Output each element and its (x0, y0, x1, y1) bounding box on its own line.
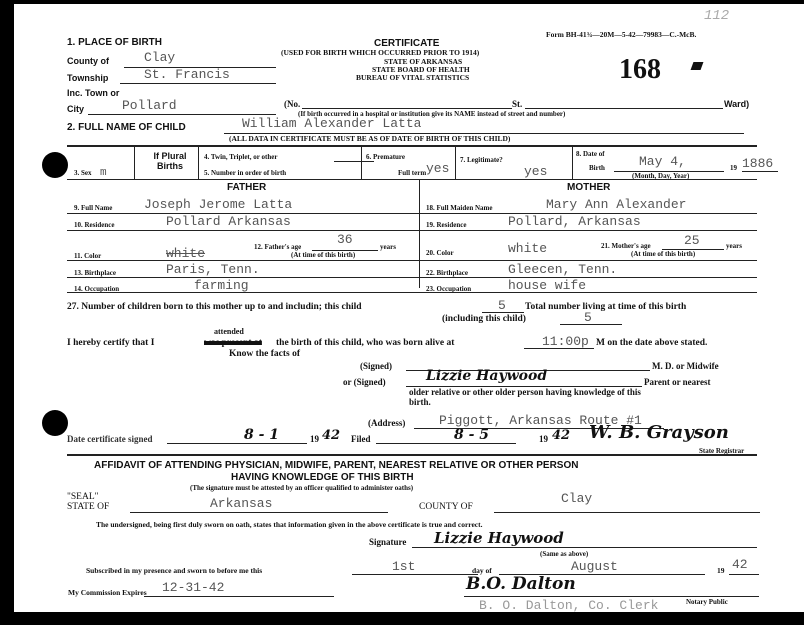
punch-hole-icon (42, 410, 68, 436)
informant-signature: Lizzie Haywood (426, 368, 547, 384)
mother-residence-label: 19. Residence (426, 221, 466, 229)
certify-text-end: M on the date above stated. (596, 338, 707, 348)
notary-typed-name: B. O. Dalton, Co. Clerk (479, 598, 658, 612)
plural-births-label: If Plural Births (142, 151, 198, 171)
mother-occupation-value: house wife (508, 278, 586, 293)
children-count-value: 5 (498, 298, 506, 313)
filed-label: Filed (351, 434, 371, 444)
sworn-month-value: August (571, 559, 618, 574)
street-number-label: (No. (284, 99, 300, 109)
birth-label: Birth (589, 164, 605, 172)
mother-age-label: 21. Mother's age (601, 242, 651, 250)
md-midwife-label: M. D. or Midwife (652, 361, 719, 371)
date-signed-value: 8 - 1 (244, 427, 279, 443)
father-residence-label: 10. Residence (74, 221, 114, 229)
same-as-above-note: (Same as above) (540, 550, 588, 558)
father-name-value: Joseph Jerome Latta (144, 197, 292, 212)
mother-years-label: years (726, 242, 742, 250)
signed-year-prefix: 19 (310, 434, 319, 444)
affidavit-county-value: Clay (561, 491, 592, 506)
seal-label: "SEAL" (67, 492, 99, 502)
notary-signature: B.O. Dalton (466, 574, 576, 594)
children-count-label: 27. Number of children born to this moth… (67, 302, 362, 312)
address-label: (Address) (368, 418, 405, 428)
birth-year-value: 1886 (742, 156, 773, 171)
legitimate-value: yes (524, 164, 547, 179)
city-value: Pollard (122, 98, 177, 113)
or-signed-label: or (Signed) (343, 377, 386, 387)
commission-label: My Commission Expires (68, 588, 147, 597)
subscribed-label: Subscribed in my presence and sworn to b… (86, 566, 262, 575)
affidavit-signature: Lizzie Haywood (434, 529, 564, 547)
mother-name-label: 18. Full Maiden Name (426, 204, 493, 212)
father-occupation-value: farming (194, 278, 249, 293)
father-color-label: 11. Color (74, 252, 101, 260)
sworn-day-value: 1st (392, 559, 415, 574)
mother-age-value: 25 (684, 233, 700, 248)
total-living-label: Total number living at time of this birt… (525, 302, 686, 312)
father-age-value: 36 (337, 232, 353, 247)
ward-label: Ward) (724, 99, 749, 109)
filed-year-prefix: 19 (539, 434, 548, 444)
affidavit-state-value: Arkansas (210, 496, 272, 511)
affidavit-signature-label: Signature (369, 537, 406, 547)
county-value: Clay (144, 50, 175, 65)
know-facts-label: Know the facts of (229, 349, 300, 359)
county-label: County of (67, 56, 109, 66)
filed-year-value: 42 (552, 428, 570, 443)
stamp-mark-icon (691, 62, 704, 70)
struck-text: was present at (204, 338, 262, 348)
date-signed-label: Date certificate signed (67, 434, 152, 444)
father-residence-value: Pollard Arkansas (166, 214, 291, 229)
full-term-label: Full term (398, 169, 426, 177)
sworn-statement: The undersigned, being first duly sworn … (96, 520, 483, 529)
certificate-number: 168 (619, 54, 661, 86)
child-name-label: 2. FULL NAME OF CHILD (67, 122, 186, 133)
mother-heading: MOTHER (567, 182, 610, 193)
place-of-birth-heading: 1. PLACE OF BIRTH (67, 37, 162, 48)
notary-public-label: Notary Public (686, 598, 728, 606)
sworn-year-prefix: 19 (717, 566, 725, 575)
bureau-name: BUREAU OF VITAL STATISTICS (356, 73, 469, 82)
living-count-value: 5 (584, 310, 592, 325)
sex-label: 3. Sex (74, 169, 92, 177)
father-age-label: 12. Father's age (254, 243, 301, 251)
mother-birthplace-value: Gleecen, Tenn. (508, 262, 617, 277)
certify-text-start: I hereby certify that I (67, 338, 154, 348)
date-filed-value: 8 - 5 (454, 427, 489, 443)
premature-label: 6. Premature (366, 153, 405, 161)
signed-label: (Signed) (360, 361, 392, 371)
certificate-subtitle: (USED FOR BIRTH WHICH OCCURRED PRIOR TO … (281, 48, 479, 57)
legitimate-label: 7. Legitimate? (460, 156, 503, 164)
including-child-label: (including this child) (442, 314, 526, 324)
mother-residence-value: Pollard, Arkansas (508, 214, 641, 229)
inserted-word: attended (214, 327, 244, 336)
township-label: Township (67, 73, 108, 83)
father-heading: FATHER (227, 182, 266, 193)
date-of-birth-label: 8. Date of (576, 150, 605, 158)
mother-color-label: 20. Color (426, 249, 454, 257)
affidavit-county-label: COUNTY OF (419, 502, 473, 512)
older-relative-label: older relative or other older person hav… (409, 387, 641, 397)
certify-text-mid: the birth of this child, who was born al… (276, 338, 454, 348)
parent-label: Parent or nearest (644, 377, 711, 387)
affidavit-state-label: STATE OF (67, 502, 109, 512)
city-label: City (67, 104, 84, 114)
birth-order-label: 5. Number in order of birth (204, 169, 286, 177)
father-years-label: years (380, 243, 396, 251)
twin-label: 4. Twin, Triplet, or other (204, 153, 277, 161)
affidavit-note: (The signature must be attested by an of… (190, 484, 413, 492)
father-color-value: white (166, 246, 205, 261)
affidavit-title: AFFIDAVIT OF ATTENDING PHYSICIAN, MIDWIF… (94, 460, 578, 471)
father-birthplace-value: Paris, Tenn. (166, 262, 260, 277)
commission-value: 12-31-42 (162, 580, 224, 595)
township-value: St. Francis (144, 67, 230, 82)
town-label: Inc. Town or (67, 88, 119, 98)
street-label: St. (512, 99, 522, 109)
form-id: Form BH-41¾—20M—5-42—79983—C.-McB. (546, 30, 696, 39)
signed-year-value: 42 (322, 428, 340, 443)
mother-color-value: white (508, 241, 547, 256)
affidavit-subtitle: HAVING KNOWLEDGE OF THIS BIRTH (231, 472, 414, 483)
birth-label-end: birth. (409, 397, 431, 407)
all-data-note: (ALL DATA IN CERTIFICATE MUST BE AS OF D… (229, 134, 510, 143)
mother-name-value: Mary Ann Alexander (546, 197, 686, 212)
father-name-label: 9. Full Name (74, 204, 112, 212)
birth-certificate: Form BH-41¾—20M—5-42—79983—C.-McB. 112 1… (14, 4, 804, 612)
full-term-value: yes (426, 161, 449, 176)
year-prefix: 19 (730, 164, 737, 172)
father-birthplace-label: 13. Birthplace (74, 269, 116, 277)
sworn-year-value: 42 (732, 557, 748, 572)
pencil-mark: 112 (704, 8, 729, 24)
date-of-birth-value: May 4, (639, 154, 686, 169)
punch-hole-icon (42, 152, 68, 178)
birth-time-value: 11:00p (542, 334, 589, 349)
sex-value: m (100, 167, 107, 179)
registrar-signature: W. B. Grayson (589, 422, 729, 443)
child-name-value: William Alexander Latta (242, 116, 421, 131)
mother-birthplace-label: 22. Birthplace (426, 269, 468, 277)
father-age-note: (At time of this birth) (291, 251, 355, 259)
mother-age-note: (At time of this birth) (631, 250, 695, 258)
